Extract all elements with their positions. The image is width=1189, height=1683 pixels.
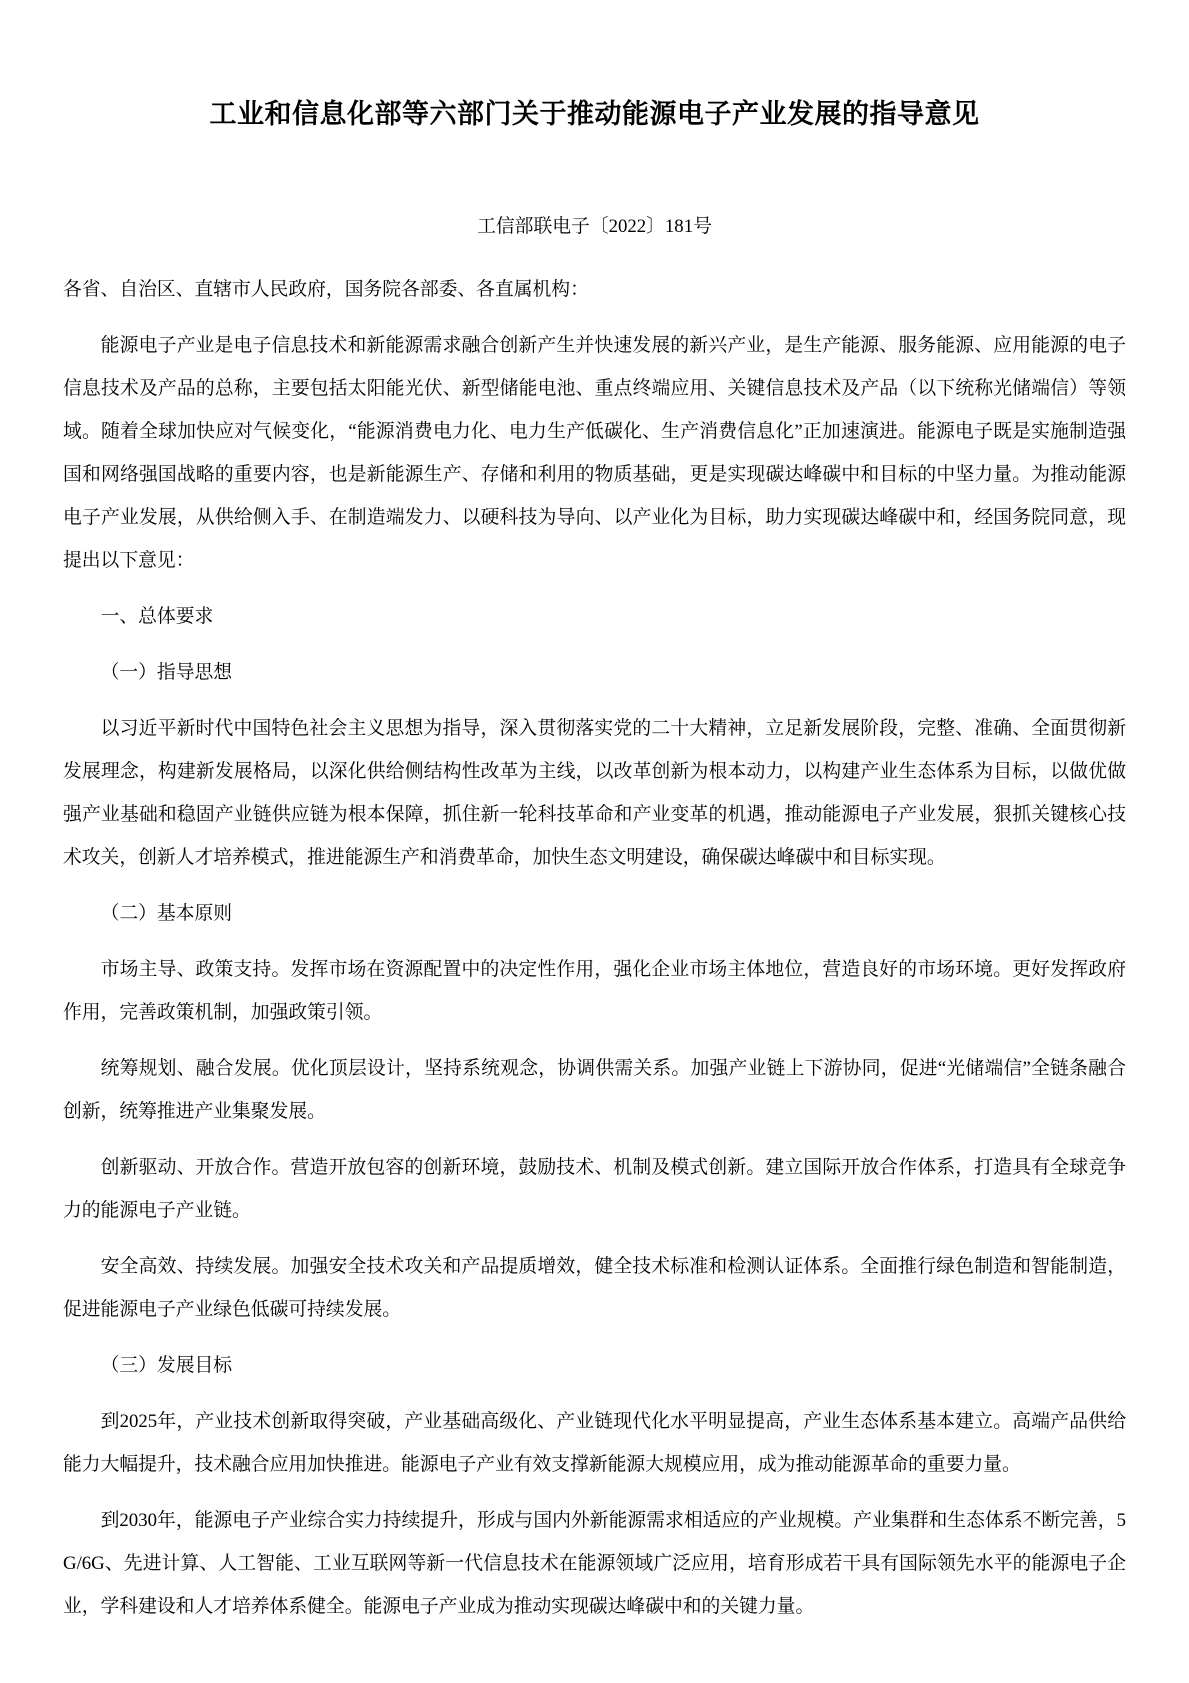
paragraph-principle-safety: 安全高效、持续发展。加强安全技术攻关和产品提质增效，健全技术标准和检测认证体系。… (63, 1245, 1126, 1331)
paragraph-intro: 能源电子产业是电子信息技术和新能源需求融合创新产生并快速发展的新兴产业，是生产能… (63, 324, 1126, 582)
document-page: 工业和信息化部等六部门关于推动能源电子产业发展的指导意见 工信部联电子〔2022… (0, 0, 1189, 1683)
paragraph-principle-planning: 统筹规划、融合发展。优化顶层设计，坚持系统观念，协调供需关系。加强产业链上下游协… (63, 1047, 1126, 1133)
salutation: 各省、自治区、直辖市人民政府，国务院各部委、各直属机构： (63, 268, 1126, 311)
paragraph-principle-innovation: 创新驱动、开放合作。营造开放包容的创新环境，鼓励技术、机制及模式创新。建立国际开… (63, 1146, 1126, 1232)
subsection-heading-guiding-ideology: （一）指导思想 (63, 651, 1126, 694)
paragraph-goal-2030: 到2030年，能源电子产业综合实力持续提升，形成与国内外新能源需求相适应的产业规… (63, 1499, 1126, 1628)
subsection-heading-development-goals: （三）发展目标 (63, 1344, 1126, 1387)
paragraph-principle-market: 市场主导、政策支持。发挥市场在资源配置中的决定性作用，强化企业市场主体地位，营造… (63, 948, 1126, 1034)
document-title: 工业和信息化部等六部门关于推动能源电子产业发展的指导意见 (63, 97, 1126, 131)
section-heading-1: 一、总体要求 (63, 595, 1126, 638)
paragraph-guiding-ideology: 以习近平新时代中国特色社会主义思想为指导，深入贯彻落实党的二十大精神，立足新发展… (63, 707, 1126, 879)
subsection-heading-basic-principles: （二）基本原则 (63, 892, 1126, 935)
paragraph-goal-2025: 到2025年，产业技术创新取得突破，产业基础高级化、产业链现代化水平明显提高，产… (63, 1400, 1126, 1486)
document-number: 工信部联电子〔2022〕181号 (63, 205, 1126, 248)
document-body: 各省、自治区、直辖市人民政府，国务院各部委、各直属机构： 能源电子产业是电子信息… (63, 268, 1126, 1628)
